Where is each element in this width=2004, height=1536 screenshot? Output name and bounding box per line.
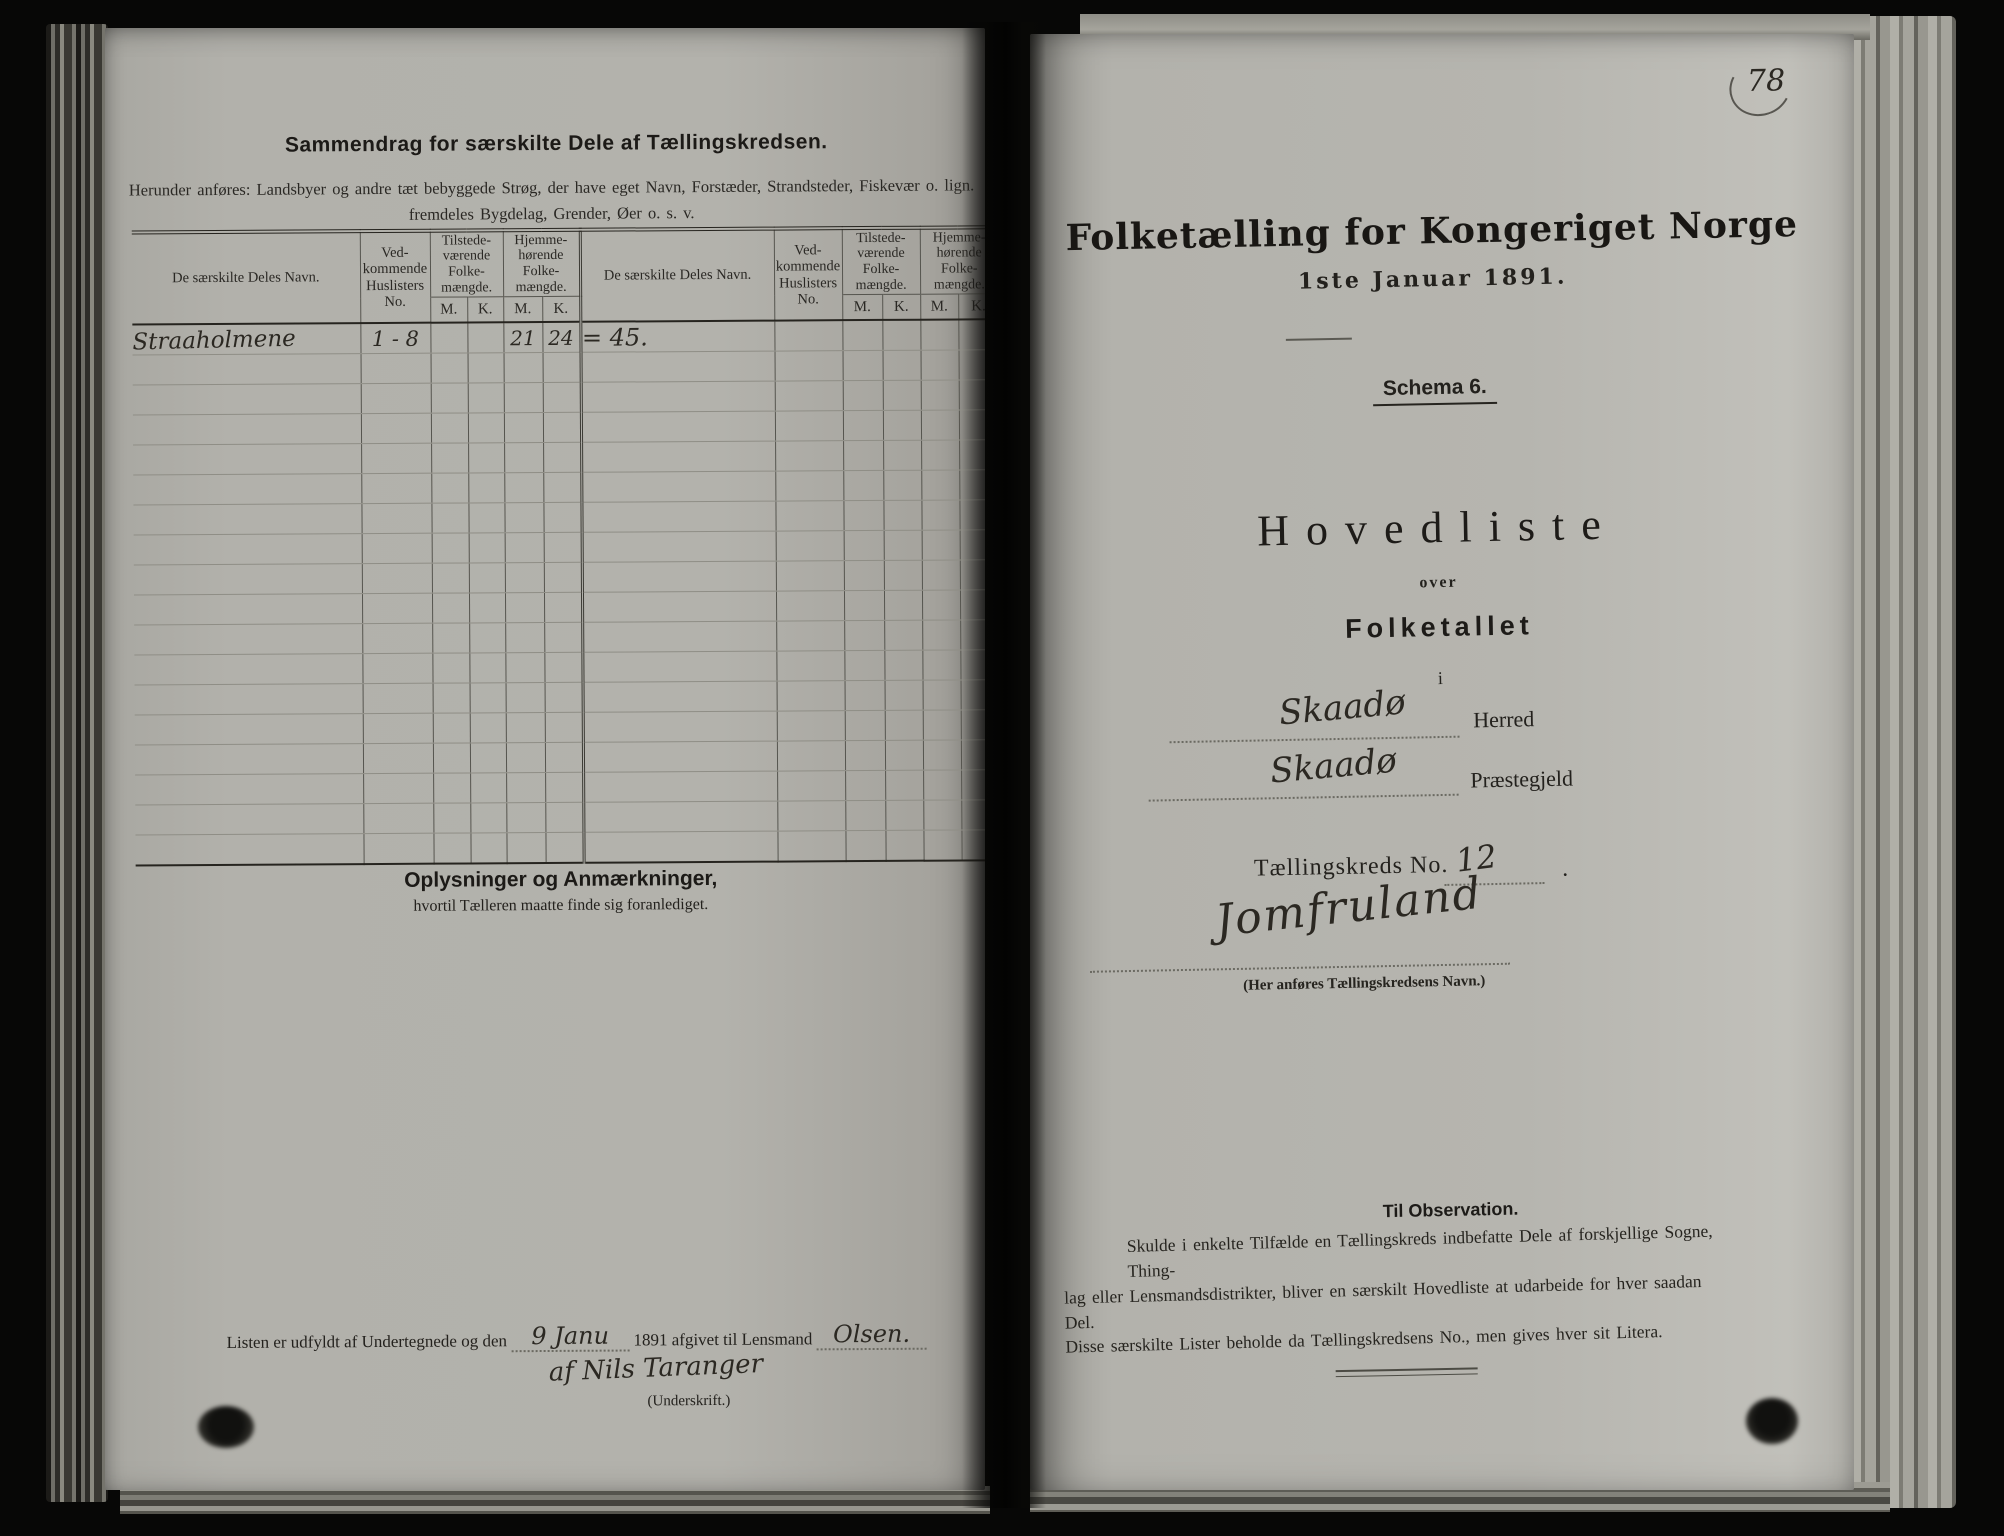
- summary-title: Sammendrag for særskilte Dele af Tælling…: [131, 129, 981, 158]
- cell-empty: [845, 800, 885, 830]
- cell-empty: [775, 351, 843, 381]
- cell-empty: [922, 650, 960, 680]
- cell-empty: [362, 623, 432, 653]
- cell-empty: [544, 652, 582, 682]
- subcol-m: M.: [503, 297, 542, 323]
- footer-handwritten-date: 9 Janu: [511, 1321, 629, 1352]
- shadow-hole-right: [1746, 1398, 1798, 1444]
- cell-empty: [468, 353, 504, 383]
- cell-empty: [432, 653, 469, 683]
- cell-empty: [135, 804, 363, 835]
- cell-empty: [844, 530, 884, 560]
- cell-empty: [468, 413, 504, 443]
- cell-empty: [504, 473, 543, 503]
- cell-empty: [469, 533, 505, 563]
- herred-label: Herred: [1473, 706, 1535, 733]
- cell-empty: [774, 320, 842, 351]
- cell-empty: [468, 383, 504, 413]
- over-text: over: [1030, 566, 1851, 600]
- cell-empty: [885, 800, 923, 830]
- cell-empty: [923, 740, 961, 770]
- summary-subtitle-line1: Herunder anføres: Landsbyer og andre tæt…: [111, 175, 985, 200]
- cell-hjemme-m: 21: [503, 322, 542, 353]
- cell-empty: [362, 593, 432, 623]
- summary-subtitle-line2: fremdeles Bygdelag, Grender, Øer o. s. v…: [112, 201, 985, 226]
- cell-empty: [543, 412, 581, 442]
- cell-empty: [468, 503, 504, 533]
- cell-empty: [885, 740, 923, 770]
- cell-empty: [431, 383, 468, 413]
- cell-empty: [133, 504, 361, 535]
- cell-empty: [506, 772, 545, 802]
- prestegjeld-label: Præstegjeld: [1470, 765, 1573, 793]
- cell-empty: [582, 531, 776, 562]
- prestegjeld-dotted-line: [1149, 794, 1459, 802]
- book-page-stack-bottom-left: [120, 1486, 990, 1514]
- cell-empty: [432, 593, 469, 623]
- cell-empty: [883, 410, 921, 440]
- cell-empty: [361, 353, 431, 383]
- cell-empty: [470, 803, 506, 833]
- cell-empty: [775, 501, 843, 531]
- cell-empty: [544, 562, 582, 592]
- cell-empty: [469, 623, 505, 653]
- cell-empty: [470, 743, 506, 773]
- footer-handwritten-deliverer: af Nils Taranger: [548, 1349, 763, 1388]
- census-date: 1ste Januar 1891.: [1030, 258, 1845, 300]
- cell-empty: [133, 384, 361, 415]
- cell-empty: [362, 563, 432, 593]
- cell-empty: [134, 654, 362, 685]
- kreds-name-dotted-line: [1090, 963, 1510, 973]
- cell-empty: [775, 411, 843, 441]
- cell-tilstede-m: [430, 322, 467, 353]
- cell-empty: [543, 502, 581, 532]
- cell-empty: [506, 683, 545, 713]
- cell-empty: [433, 713, 470, 743]
- cell-empty: [133, 444, 361, 475]
- cell-empty: [583, 741, 777, 772]
- cell-empty: [135, 684, 363, 715]
- cell-empty: [883, 350, 921, 380]
- book-scan-photo: { "page_left": { "title": "Sammendrag fo…: [0, 0, 2004, 1536]
- cell-empty: [506, 743, 545, 773]
- book-page-stack-right: [1852, 16, 1956, 1508]
- cell-empty: [843, 500, 883, 530]
- cell-empty: [844, 620, 884, 650]
- cell-empty: [469, 653, 505, 683]
- cell-empty: [361, 383, 431, 413]
- col-header-tilstede-2: Tilstede- værende Folke- mængde.: [842, 228, 920, 295]
- cell-empty: [845, 740, 885, 770]
- cell-empty: [470, 833, 506, 864]
- cell-empty: [845, 710, 885, 740]
- cell-empty: [923, 800, 961, 830]
- cell-empty: [921, 350, 959, 380]
- cell-empty: [884, 560, 922, 590]
- cell-empty: [777, 831, 845, 862]
- folketallet-heading: Folketallet: [1030, 604, 1852, 651]
- cell-empty: [431, 503, 468, 533]
- summary-table-body: Straaholmene 1 - 8 21 24 = 45.: [132, 319, 985, 865]
- cell-empty: [777, 711, 845, 741]
- cell-empty: [921, 380, 959, 410]
- cell-empty: [844, 650, 884, 680]
- cell-empty: [432, 563, 469, 593]
- cell-empty: [505, 593, 544, 623]
- cell-empty: [923, 680, 961, 710]
- divider-rule: [1286, 338, 1352, 341]
- cell-empty: [361, 413, 431, 443]
- cell-empty: [432, 533, 469, 563]
- col-header-hjemme-1: Hjemme- hørende Folke- mængde.: [503, 230, 580, 297]
- table-row-empty: [135, 830, 985, 866]
- cell-empty: [883, 380, 921, 410]
- cell-empty: [363, 743, 433, 773]
- cell-empty: [844, 590, 884, 620]
- footer-printed-before-date: Listen er udfyldt af Undertegnede og den: [227, 1331, 508, 1352]
- cell-empty: [506, 802, 545, 832]
- cell-empty: [582, 621, 776, 652]
- cell-empty: [504, 443, 543, 473]
- cell-empty: [885, 710, 923, 740]
- cell-empty: [882, 320, 920, 351]
- cell-empty: [885, 680, 923, 710]
- cell-empty: [505, 653, 544, 683]
- notes-title: Oplysninger og Anmærkninger,: [136, 865, 985, 894]
- cell-empty: [845, 830, 885, 861]
- cell-empty: [361, 473, 431, 503]
- cell-empty: [468, 443, 504, 473]
- cell-empty: [133, 474, 361, 505]
- cell-empty: [431, 473, 468, 503]
- cell-empty: [776, 591, 844, 621]
- notes-subtitle: hvortil Tælleren maatte finde sig foranl…: [136, 894, 985, 917]
- cell-huslister-no: 1 - 8: [360, 323, 430, 354]
- cell-empty: [885, 830, 923, 861]
- cell-empty: [363, 773, 433, 803]
- cell-empty: [582, 651, 776, 682]
- handwritten-prestegjeld: Skaadø: [1269, 741, 1399, 792]
- cell-empty: [506, 832, 545, 863]
- cell-empty: [921, 500, 959, 530]
- cell-empty: [922, 560, 960, 590]
- cell-sum-note: = 45.: [580, 321, 774, 353]
- book-gutter-shadow: [962, 22, 1046, 1508]
- cell-empty: [505, 623, 544, 653]
- cell-empty: [581, 501, 775, 532]
- cell-empty: [775, 441, 843, 471]
- observation-paragraph: Skulde i enkelte Tilfælde en Tællingskre…: [1063, 1218, 1726, 1359]
- cell-empty: [135, 774, 363, 805]
- footer-handwritten-lensmand: Olsen.: [817, 1320, 927, 1351]
- subcol-m: M.: [842, 294, 882, 320]
- cell-empty: [135, 744, 363, 775]
- cell-empty: [921, 470, 959, 500]
- cell-empty: [884, 620, 922, 650]
- cell-empty: [884, 650, 922, 680]
- schema-label-wrap: Schema 6.: [1030, 368, 1847, 413]
- summary-table-header: De særskilte Deles Navn. Ved- kommende H…: [132, 227, 985, 324]
- signature-hint: (Underskrift.): [609, 1393, 769, 1411]
- subcol-m: M.: [430, 297, 467, 323]
- cell-empty: [363, 803, 433, 833]
- cell-empty: [776, 651, 844, 681]
- cell-empty: [884, 590, 922, 620]
- subcol-k: K.: [882, 294, 920, 320]
- cell-empty: [361, 443, 431, 473]
- cell-empty: [433, 833, 470, 864]
- cell-empty: [922, 620, 960, 650]
- hovedliste-heading: Hovedliste: [1030, 494, 1850, 561]
- summary-table: De særskilte Deles Navn. Ved- kommende H…: [132, 225, 985, 866]
- cell-empty: [431, 443, 468, 473]
- cell-empty: [504, 413, 543, 443]
- cell-empty: [842, 320, 882, 351]
- cell-empty: [845, 770, 885, 800]
- cell-empty: [843, 440, 883, 470]
- cell-empty: [433, 743, 470, 773]
- cell-empty: [776, 531, 844, 561]
- cell-empty: [469, 593, 505, 623]
- page-number: 78: [1747, 63, 1786, 99]
- cell-empty: [883, 440, 921, 470]
- cell-empty: [545, 832, 583, 863]
- cell-empty: [134, 594, 362, 625]
- observation-title: Til Observation.: [1038, 1192, 1854, 1229]
- cell-empty: [544, 622, 582, 652]
- cell-empty: [543, 442, 581, 472]
- cell-empty: [581, 471, 775, 502]
- cell-empty: [582, 561, 776, 592]
- cell-empty: [582, 591, 776, 622]
- cell-empty: [133, 354, 361, 385]
- col-header-name-2: De særskilte Deles Navn.: [580, 229, 775, 322]
- col-header-huslister-2: Ved- kommende Huslisters No.: [774, 228, 843, 320]
- page-number-area: 78: [1707, 57, 1818, 129]
- cell-hjemme-k: 24: [542, 322, 580, 353]
- cell-empty: [581, 351, 775, 382]
- cell-empty: [883, 470, 921, 500]
- cell-empty: [884, 530, 922, 560]
- subcol-k: K.: [542, 296, 580, 322]
- page-right: 78 Folketælling for Kongeriget Norge 1st…: [1030, 34, 1854, 1490]
- cell-empty: [921, 440, 959, 470]
- cell-empty: [777, 741, 845, 771]
- cell-empty: [581, 381, 775, 412]
- cell-empty: [363, 713, 433, 743]
- cell-empty: [543, 472, 581, 502]
- cell-empty: [363, 683, 433, 713]
- cell-empty: [134, 564, 362, 595]
- shadow-hole-left: [198, 1406, 254, 1448]
- cell-empty: [504, 353, 543, 383]
- page-left: Sammendrag for særskilte Dele af Tælling…: [105, 28, 985, 1490]
- cell-empty: [583, 831, 777, 863]
- cell-empty: [775, 381, 843, 411]
- cell-empty: [135, 714, 363, 745]
- col-header-tilstede-1: Tilstede- værende Folke- mængde.: [430, 230, 503, 297]
- cell-empty: [581, 441, 775, 472]
- cell-empty: [504, 383, 543, 413]
- cell-empty: [583, 711, 777, 742]
- cell-empty: [923, 830, 961, 861]
- cell-empty: [776, 621, 844, 651]
- cell-empty: [921, 410, 959, 440]
- cell-empty: [470, 683, 506, 713]
- cell-empty: [544, 592, 582, 622]
- footer-printed-after-date: 1891 afgivet til Lensmand: [633, 1329, 812, 1349]
- cell-empty: [432, 623, 469, 653]
- kreds-name-line: Jomfruland (Her anføres Tællingskredsens…: [1032, 864, 1854, 1010]
- cell-empty: [133, 414, 361, 445]
- cell-empty: [468, 473, 504, 503]
- cell-empty: [545, 742, 583, 772]
- cell-empty: [777, 771, 845, 801]
- cell-empty: [470, 713, 506, 743]
- cell-empty: [883, 500, 921, 530]
- cell-empty: [923, 770, 961, 800]
- cell-empty: [433, 773, 470, 803]
- cell-empty: [506, 713, 545, 743]
- cell-empty: [431, 353, 468, 383]
- cell-empty: [544, 532, 582, 562]
- handwritten-kreds-name: Jomfruland: [1213, 868, 1485, 947]
- cell-empty: [777, 801, 845, 831]
- cell-place-name: Straaholmene: [132, 321, 361, 357]
- cell-empty: [583, 681, 777, 712]
- kreds-name-hint: (Her anføres Tællingskredsens Navn.): [1154, 972, 1574, 997]
- cell-empty: [361, 503, 431, 533]
- cell-empty: [545, 682, 583, 712]
- cell-empty: [362, 533, 432, 563]
- cell-empty: [776, 561, 844, 591]
- census-title: Folketælling for Kongeriget Norge: [1030, 202, 1844, 260]
- cell-empty: [922, 530, 960, 560]
- cell-empty: [775, 471, 843, 501]
- cell-empty: [843, 410, 883, 440]
- cell-empty: [920, 319, 958, 350]
- cell-empty: [543, 352, 581, 382]
- cell-empty: [922, 590, 960, 620]
- cell-empty: [583, 801, 777, 832]
- subcol-k: K.: [467, 297, 503, 323]
- handwritten-herred: Skaadø: [1277, 682, 1407, 733]
- cell-empty: [433, 803, 470, 833]
- cell-empty: [505, 533, 544, 563]
- cell-empty: [545, 772, 583, 802]
- cell-empty: [469, 563, 505, 593]
- cell-empty: [843, 380, 883, 410]
- col-header-name-1: De særskilte Deles Navn.: [132, 231, 361, 324]
- bottom-double-rule: [1336, 1367, 1478, 1377]
- cell-empty: [470, 773, 506, 803]
- cell-empty: [545, 802, 583, 832]
- cell-empty: [134, 624, 362, 655]
- book-page-stack-left: [46, 24, 108, 1502]
- cell-empty: [362, 653, 432, 683]
- cell-empty: [844, 560, 884, 590]
- cell-empty: [543, 382, 581, 412]
- cell-empty: [545, 712, 583, 742]
- cell-empty: [505, 563, 544, 593]
- cell-empty: [777, 681, 845, 711]
- cell-empty: [581, 411, 775, 442]
- cell-empty: [363, 833, 433, 864]
- cell-empty: [885, 770, 923, 800]
- cell-empty: [845, 680, 885, 710]
- cell-empty: [843, 350, 883, 380]
- cell-empty: [923, 710, 961, 740]
- cell-empty: [583, 771, 777, 802]
- cell-empty: [843, 470, 883, 500]
- cell-empty: [431, 413, 468, 443]
- subcol-m: M.: [920, 294, 958, 320]
- cell-empty: [504, 503, 543, 533]
- cell-empty: [135, 834, 363, 866]
- cell-empty: [433, 683, 470, 713]
- schema-label: Schema 6.: [1373, 375, 1497, 406]
- col-header-huslister-1: Ved- kommende Huslisters No.: [360, 231, 431, 323]
- cell-tilstede-k: [467, 322, 503, 353]
- cell-empty: [134, 534, 362, 565]
